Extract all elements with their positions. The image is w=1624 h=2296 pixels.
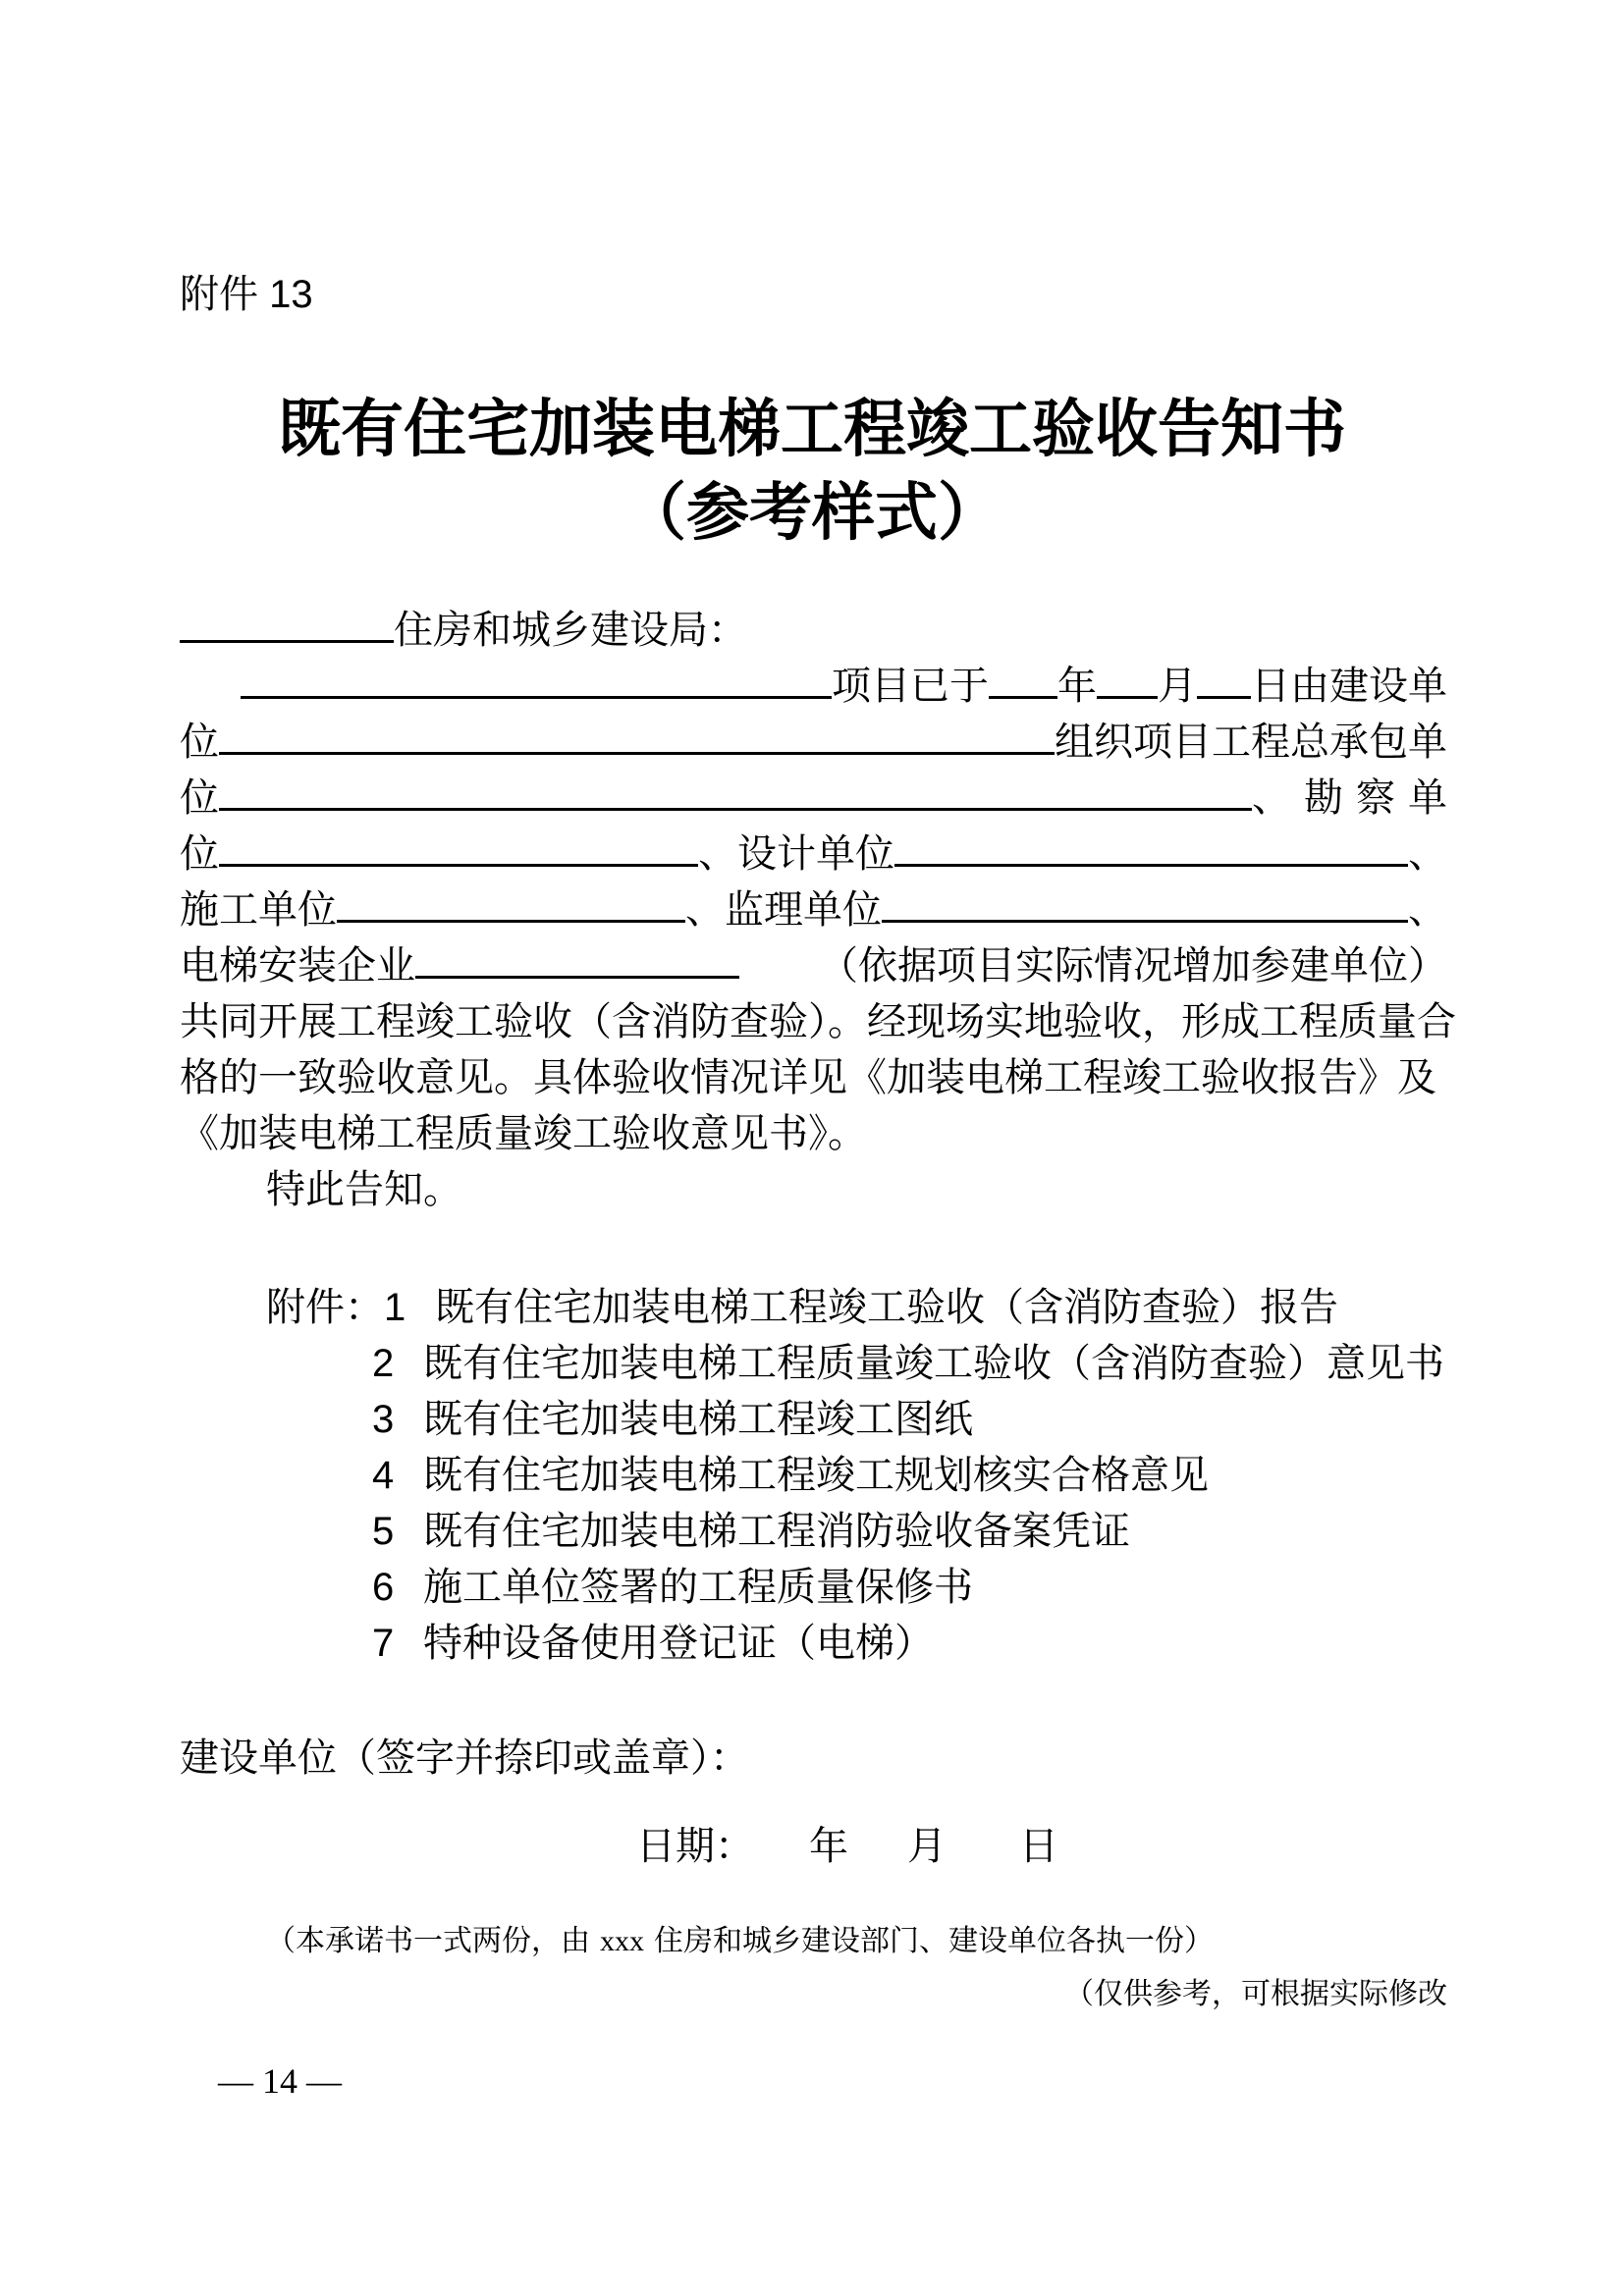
- date-line: 日期： 年 月 日: [180, 1822, 1058, 1871]
- attachment-item-text: 既有住宅加装电梯工程竣工验收（含消防查验）报告: [435, 1280, 1338, 1336]
- blank-day: [1197, 696, 1251, 699]
- supervision-unit-text: 、监理单位: [685, 882, 882, 938]
- design-unit-text: 、设计单位: [698, 827, 894, 882]
- attachment-item: 7 特种设备使用登记证（电梯）: [180, 1616, 1447, 1672]
- reference-note: （仅供参考，可根据实际修改: [1064, 1975, 1447, 2014]
- paragraph-line-1: 共同开展工程竣工验收（含消防查验）。经现场实地验收，形成工程质量合: [180, 994, 1447, 1050]
- builder-signature-label: 建设单位（签字并捺印或盖章）：: [180, 1734, 749, 1783]
- attachment-item: 5 既有住宅加装电梯工程消防验收备案凭证: [180, 1504, 1447, 1560]
- document-page: 附件 13 既有住宅加装电梯工程竣工验收告知书 （参考样式） 住房和城乡建设局：…: [0, 0, 1624, 2296]
- blank-bureau-name: [180, 640, 394, 643]
- blank-contractor-unit: [219, 808, 1252, 811]
- attachment-item-text: 既有住宅加装电梯工程竣工图纸: [423, 1392, 973, 1448]
- attachment-item-number: 4: [372, 1448, 423, 1504]
- blank-construction-unit: [337, 920, 685, 923]
- month-label: 月: [1158, 659, 1197, 715]
- attachment-item-text: 既有住宅加装电梯工程竣工规划核实合格意见: [423, 1448, 1209, 1504]
- blank-year: [989, 696, 1057, 699]
- attachment-item-text: 特种设备使用登记证（电梯）: [423, 1616, 934, 1672]
- attachments-label: 附件：: [266, 1280, 384, 1336]
- parenthetical-note: （依据项目实际情况增加参建单位）: [819, 938, 1447, 994]
- paragraph-text: 格的一致验收意见。具体验收情况详见《加装电梯工程竣工验收报告》及: [180, 1050, 1436, 1106]
- attachments-list: 附件： 1 既有住宅加装电梯工程竣工验收（含消防查验）报告 2 既有住宅加装电梯…: [180, 1280, 1447, 1672]
- date-day-label: 日: [1019, 1822, 1058, 1871]
- attachment-item-text: 既有住宅加装电梯工程质量竣工验收（含消防查验）意见书: [423, 1336, 1444, 1392]
- blank-project-name: [241, 696, 832, 699]
- page-number: — 14 —: [218, 2059, 342, 2103]
- form-line-construction-supervision: 施工单位 、监理单位 、: [180, 882, 1447, 938]
- date-label: 日期：: [636, 1822, 754, 1871]
- form-line-elevator-company: 电梯安装企业 （依据项目实际情况增加参建单位）: [180, 938, 1447, 994]
- blank-supervision-unit: [882, 920, 1408, 923]
- elevator-company-text: 电梯安装企业: [180, 938, 415, 994]
- attachment-item: 3 既有住宅加装电梯工程竣工图纸: [180, 1392, 1447, 1448]
- blank-design-unit: [894, 864, 1408, 867]
- closing-text: 特此告知。: [266, 1162, 462, 1218]
- closing-line: 特此告知。: [180, 1162, 1447, 1218]
- salutation-line: 住房和城乡建设局：: [180, 603, 1447, 659]
- attachment-item: 4 既有住宅加装电梯工程竣工规划核实合格意见: [180, 1448, 1447, 1504]
- form-body: 住房和城乡建设局： 项目已于 年 月 日由建设单 位 组织项目工程总承包单 位 …: [180, 603, 1447, 1218]
- copies-note: （本承诺书一式两份，由xxx住房和城乡建设部门、建设单位各执一份）: [266, 1922, 1214, 1961]
- attachment-item-number: 2: [372, 1336, 423, 1392]
- attachment-item: 6 施工单位签署的工程质量保修书: [180, 1560, 1447, 1616]
- paragraph-line-3: 《加装电梯工程质量竣工验收意见书》。: [180, 1106, 1447, 1162]
- construction-unit-text: 施工单位: [180, 882, 337, 938]
- attachment-number-label: 附件 13: [180, 273, 313, 316]
- copies-note-prefix: （本承诺书一式两份，由: [266, 1925, 590, 1957]
- attachment-item-number: 1: [384, 1280, 435, 1336]
- salutation-text: 住房和城乡建设局：: [394, 603, 747, 659]
- document-title-line2: （参考样式）: [0, 473, 1624, 552]
- attachment-item-text: 施工单位签署的工程质量保修书: [423, 1560, 973, 1616]
- comma-separator: 、: [1408, 882, 1447, 938]
- comma-separator: 、: [1408, 827, 1447, 882]
- copies-note-placeholder: xxx: [600, 1925, 644, 1957]
- blank-builder-unit: [219, 752, 1055, 755]
- blank-survey-unit: [219, 864, 698, 867]
- attachment-item-text: 既有住宅加装电梯工程消防验收备案凭证: [423, 1504, 1130, 1560]
- attachment-item-number: 3: [372, 1392, 423, 1448]
- date-month-label: 月: [907, 1822, 947, 1871]
- attachment-item-number: 6: [372, 1560, 423, 1616]
- attachment-item: 2 既有住宅加装电梯工程质量竣工验收（含消防查验）意见书: [180, 1336, 1447, 1392]
- survey-unit-text: 、勘察单: [1252, 771, 1460, 827]
- attachment-item-number: 5: [372, 1504, 423, 1560]
- form-line-builder: 位 组织项目工程总承包单: [180, 715, 1447, 771]
- attachment-item: 附件： 1 既有住宅加装电梯工程竣工验收（含消防查验）报告: [180, 1280, 1447, 1336]
- paragraph-text: 共同开展工程竣工验收（含消防查验）。经现场实地验收，形成工程质量合: [180, 994, 1456, 1050]
- paragraph-text: 《加装电梯工程质量竣工验收意见书》。: [180, 1106, 867, 1162]
- unit-char: 位: [180, 827, 219, 882]
- form-line-survey-design: 位 、设计单位 、: [180, 827, 1447, 882]
- blank-elevator-company: [415, 976, 739, 979]
- date-year-label: 年: [809, 1822, 848, 1871]
- builder-unit-text: 日由建设单: [1251, 659, 1447, 715]
- form-line-contractor: 位 、勘察单: [180, 771, 1447, 827]
- blank-month: [1097, 696, 1158, 699]
- copies-note-suffix: 住房和城乡建设部门、建设单位各执一份）: [654, 1925, 1214, 1957]
- unit-char: 位: [180, 771, 219, 827]
- attachment-item-number: 7: [372, 1616, 423, 1672]
- unit-char: 位: [180, 715, 219, 771]
- paragraph-line-2: 格的一致验收意见。具体验收情况详见《加装电梯工程竣工验收报告》及: [180, 1050, 1447, 1106]
- year-label: 年: [1057, 659, 1097, 715]
- document-title-line1: 既有住宅加装电梯工程竣工验收告知书: [0, 390, 1624, 468]
- form-line-project-date: 项目已于 年 月 日由建设单: [180, 659, 1447, 715]
- project-date-text: 项目已于: [832, 659, 989, 715]
- contractor-text: 组织项目工程总承包单: [1055, 715, 1447, 771]
